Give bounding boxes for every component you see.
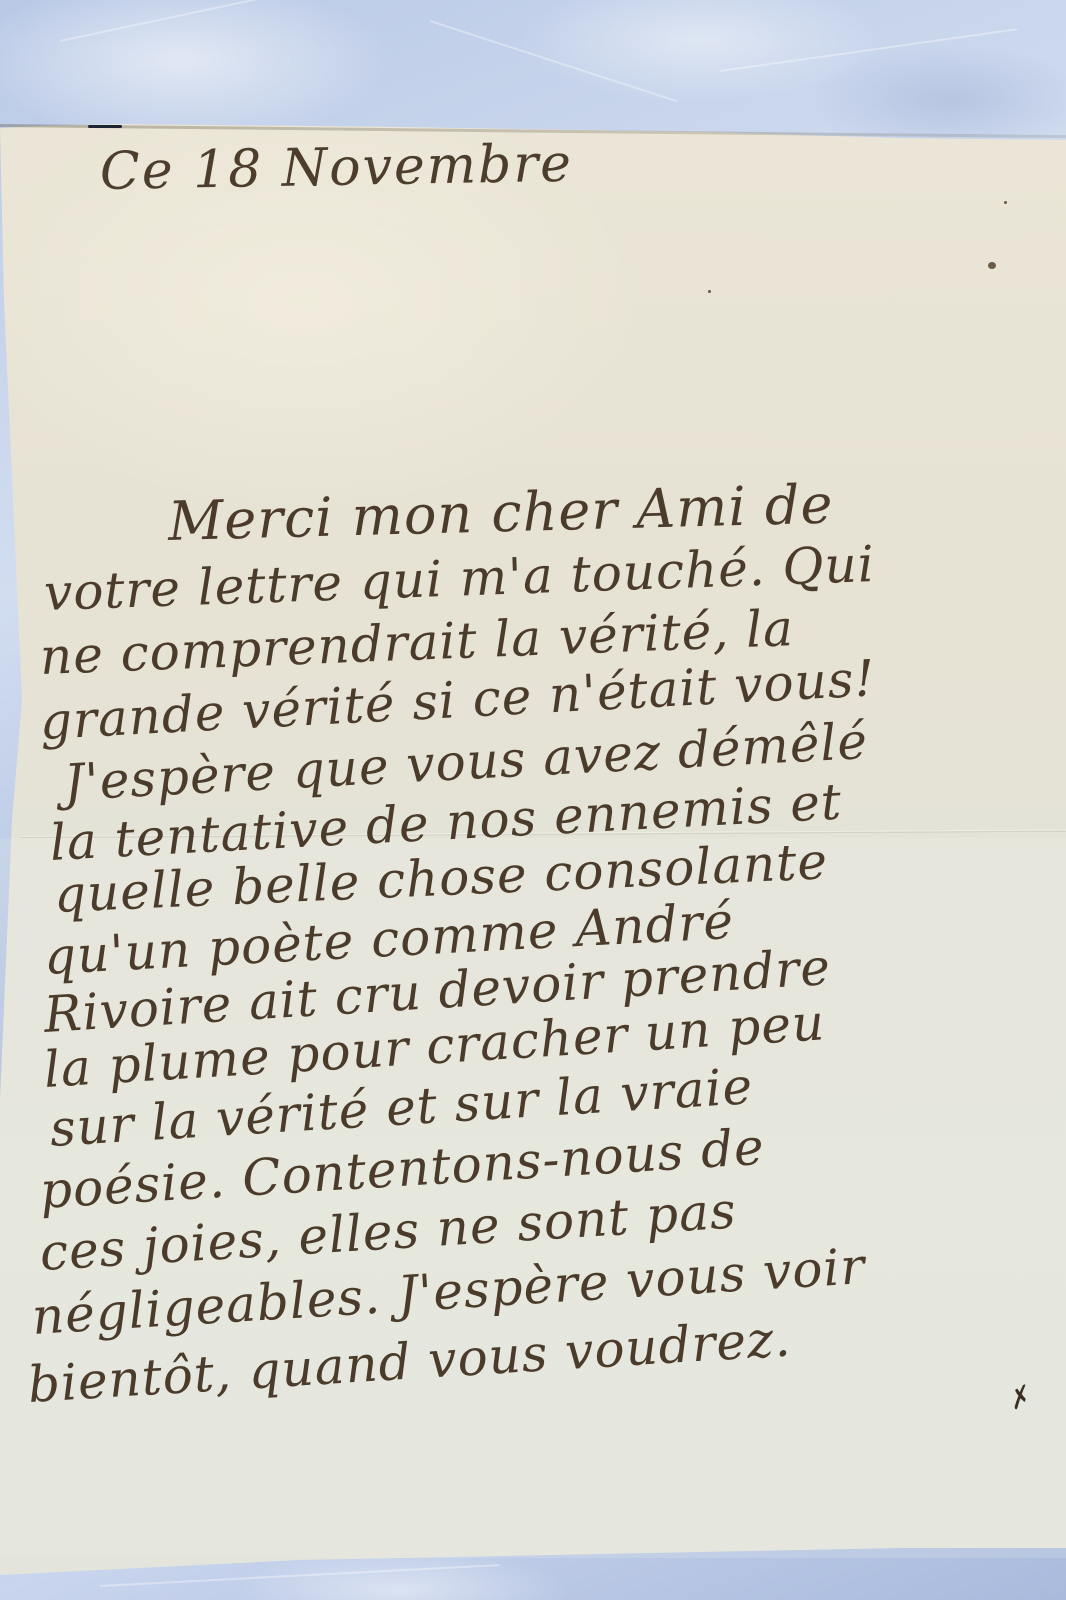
letter-content: Ce 18 Novembre Merci mon cher Ami de vot… [0, 0, 1066, 1600]
ink-end-mark: ✗ [1003, 1381, 1035, 1417]
letter-date: Ce 18 Novembre [99, 134, 573, 202]
letter-line: Merci mon cher Ami de [167, 478, 834, 549]
